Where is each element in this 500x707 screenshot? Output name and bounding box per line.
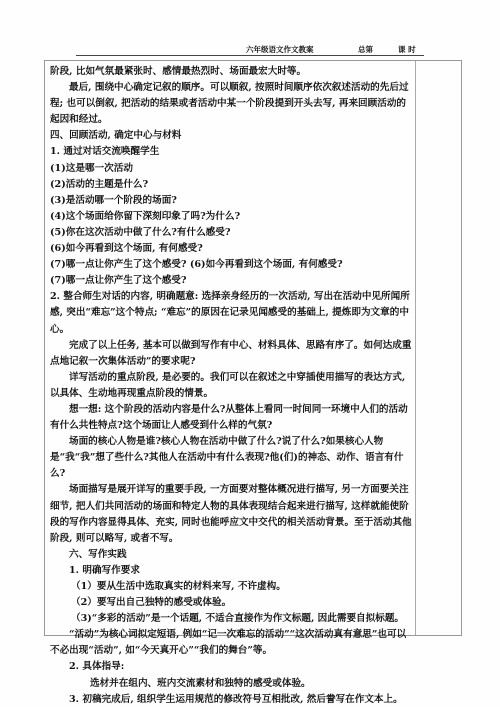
paragraph: 选材并在组内、班内交流素材和独特的感受或体验。 (50, 676, 412, 692)
subheading: 1. 通过对话交流唤醒学生 (50, 144, 412, 160)
lesson-plan-table: 阶段, 比如气氛最紧张时、感情最热烈时、场面最宏大时等。 最后, 围绕中心确定记… (44, 60, 462, 636)
subheading: 2. 具体指导: (50, 659, 412, 675)
section-heading: 六、写作实践 (50, 547, 412, 563)
question-item: (2)活动的主题是什么? (50, 177, 412, 193)
question-item: (7)哪一点让你产生了这个感受? (50, 273, 412, 289)
requirement-item: （3)“多彩的活动”是一个话题, 不适合直接作为作文标题, 因此需要自拟标题。 (50, 611, 412, 627)
page-header: 六年级语文作文教案 总第 课 时 (76, 42, 424, 56)
requirement-item: （2）要写出自己独特的感受或体验。 (50, 595, 412, 611)
column-divider (415, 61, 416, 635)
paragraph: 最后, 围绕中心确定记叙的顺序。可以顺叙, 按照时间顺序依次叙述活动的先后过程;… (50, 80, 412, 128)
paragraph: “活动”为核心词拟定短语, 例如“记一次难忘的活动”“这次活动真有意思”也可以不… (50, 627, 412, 659)
paragraph: 详写活动的重点阶段, 是必要的。我们可以在叙述之中穿插使用描写的表达方式, 以具… (50, 370, 412, 402)
question-item: (1)这是哪一次活动 (50, 161, 412, 177)
lesson-label: 课 时 (398, 44, 416, 55)
paragraph: 场面的核心人物是谁?核心人物在活动中做了什么?说了什么?如果核心人物是“我“我”… (50, 434, 412, 482)
paragraph: 完成了以上任务, 基本可以做到写作有中心、材料具体、思路有序了。如何达成重点地记… (50, 338, 412, 370)
requirement-item: （1）要从生活中选取真实的材料来写, 不许虚构。 (50, 579, 412, 595)
question-item: (4)这个场面给你留下深刻印象了吗?为什么? (50, 209, 412, 225)
question-item: (3)是活动哪一个阶段的场面? (50, 193, 412, 209)
question-item: (5)你在这次活动中做了什么?有什么感受? (50, 225, 412, 241)
total-lesson-label: 总第 (358, 44, 373, 55)
paragraph: 3. 初稿完成后, 组织学生运用规范的修改符号互相批改, 然后誊写在作文本上。 (50, 692, 412, 707)
question-item: (7)哪一点让你产生了这个感受? (6)如今再看到这个场面, 有何感受? (50, 257, 412, 273)
paragraph: 2. 整合师生对话的内容, 明确题意: 选择亲身经历的一次活动, 写出在活动中见… (50, 289, 412, 337)
section-heading: 四、回顾活动, 确定中心与材料 (50, 128, 412, 144)
paragraph: 想一想: 这个阶段的活动内容是什么?从整体上看同一时间同一环境中人们的活动有什么… (50, 402, 412, 434)
document-title: 六年级语文作文教案 (246, 44, 314, 55)
subheading: 1. 明确写作要求 (50, 563, 412, 579)
question-item: (6)如今再看到这个场面, 有何感受? (50, 241, 412, 257)
paragraph: 阶段, 比如气氛最紧张时、感情最热烈时、场面最宏大时等。 (50, 64, 412, 80)
paragraph: 场面描写是展开详写的重要手段, 一方面要对整体概况进行描写, 另一方面要关注细节… (50, 482, 412, 546)
lesson-content: 阶段, 比如气氛最紧张时、感情最热烈时、场面最宏大时等。 最后, 围绕中心确定记… (50, 64, 412, 707)
